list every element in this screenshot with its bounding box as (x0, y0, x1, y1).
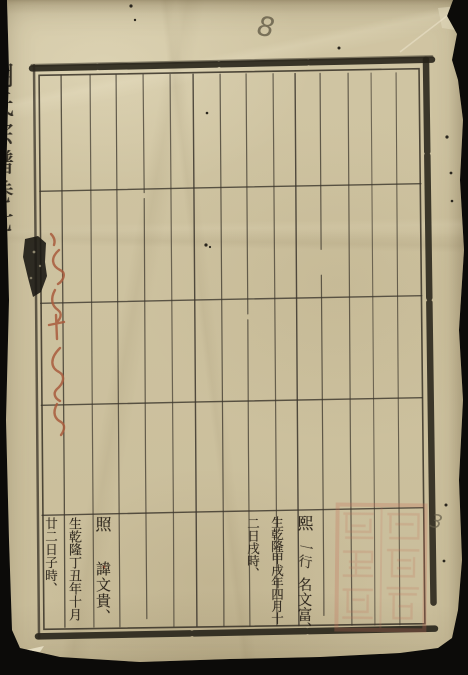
ink-smudge (23, 236, 47, 297)
row-lines (40, 184, 423, 516)
entry-left-birth-line1: 生乾隆丁丑年十月 (68, 517, 81, 621)
entry-left-rank-char: 照 (93, 516, 109, 532)
entry-left-birth-line2: 廿二日子時、 (44, 517, 57, 595)
manuscript-page: 胡氏宗譜卷七 (0, 0, 468, 675)
entry-right-given-name: 名文富、 (296, 577, 311, 637)
entry-left-given-name: 諱文貴、 (94, 561, 109, 625)
entry-right-birth-line2: 二日戌時、 (246, 517, 259, 580)
entry-right-birth-line1: 生乾隆甲戌年四月十 (270, 516, 283, 624)
entry-right-rank-cursive: 一行 (296, 539, 312, 570)
scan-background: 胡氏宗譜卷七 (0, 0, 468, 675)
ink-specks (103, 4, 454, 568)
seal-graphic (333, 502, 428, 634)
entry-right-rank-char: 熙 (295, 515, 311, 531)
red-seal-stamp (333, 502, 428, 634)
